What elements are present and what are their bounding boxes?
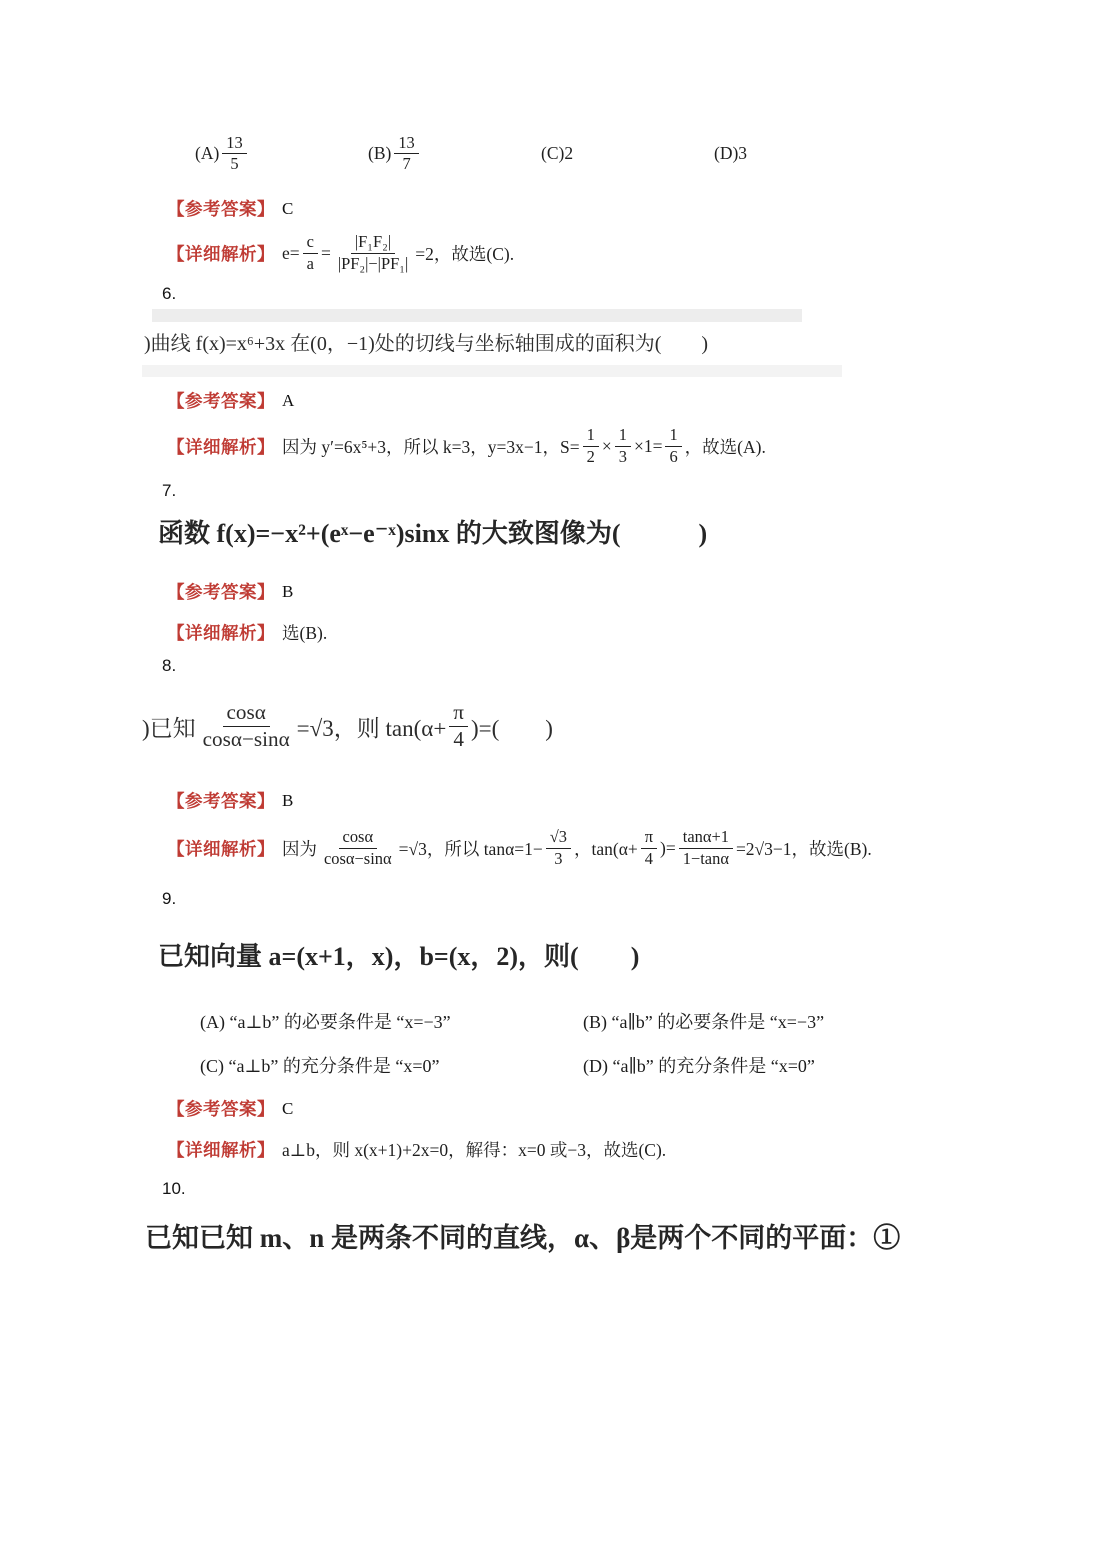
fraction-numerator: c [303,233,318,253]
q9-option-a: (A) “a⊥b” 的必要条件是 “x=−3” [200,1008,451,1034]
q6-answer-line: 【参考答案】 A [167,388,294,413]
q5-answer-label: 【参考答案】 [167,196,275,221]
q7-number: 7. [162,481,176,501]
q7-answer-value: B [282,582,293,602]
q6-answer-label: 【参考答案】 [167,388,275,413]
fraction: ca [303,233,318,273]
q7-analysis-label: 【详细解析】 [167,620,275,645]
q9-option-c: (C) “a⊥b” 的充分条件是 “x=0” [200,1052,440,1078]
q9-answer-value: C [282,1099,293,1119]
q8-answer-value: B [282,791,293,811]
formula-text: )=( ) [471,710,553,743]
q9-analysis-line: 【详细解析】 a⊥b，则 x(x+1)+2x=0，解得：x=0 或−3，故选(C… [167,1137,666,1162]
q9-answer-label: 【参考答案】 [167,1096,275,1121]
q5-option-b: (B)137 [368,134,541,174]
fraction: 13 [615,426,631,466]
fraction: 135 [222,134,246,174]
fraction-numerator: 1 [665,426,681,446]
q7-answer-line: 【参考答案】 B [167,579,293,604]
q9-number: 9. [162,889,176,909]
formula-text: 函数 f(x)=−x²+(eˣ−e⁻ˣ)sinx 的大致图像为( ) [158,513,707,550]
fraction: cosαcosα−sinα [199,701,294,751]
q8-analysis-label: 【详细解析】 [167,836,275,861]
q7-analysis-formula: 选(B). [282,620,327,645]
q7-answer-label: 【参考答案】 [167,579,275,604]
fraction: tanα+11−tanα [679,828,733,868]
q9-option-b: (B) “a∥b” 的必要条件是 “x=−3” [583,1008,824,1034]
q6-analysis-label: 【详细解析】 [167,434,275,459]
fraction-numerator: tanα+1 [679,828,733,848]
formula-text: (A) [195,143,219,164]
formula-text: )已知 [142,710,196,743]
formula-text: =√3，则 tan(α+ [297,710,447,743]
fraction-numerator: π [641,828,657,848]
formula-text: 已知已知 m、n 是两条不同的直线，α、β是两个不同的平面：① [145,1216,900,1255]
q10-number: 10. [162,1179,186,1199]
q6-question-strip: )曲线 f(x)=x⁶+3x 在(0，−1)处的切线与坐标轴围成的面积为( ) [142,303,862,383]
q5-answer-value: C [282,199,293,219]
fraction: 137 [394,134,418,174]
q5-option-d: (D)3 [714,134,887,174]
formula-text: e= [282,243,300,264]
formula-text: × [602,436,612,457]
q6-analysis-line: 【详细解析】 因为 y′=6x⁵+3，所以 k=3，y=3x−1，S=12×13… [167,417,766,475]
q10-question-text: 已知已知 m、n 是两条不同的直线，α、β是两个不同的平面：① [145,1216,900,1255]
fraction-denominator: 5 [226,154,242,173]
fraction-numerator: 13 [394,134,418,154]
formula-text: (C)2 [541,143,573,164]
q5-analysis-formula: e=ca=|F₁F₂||PF₂|−|PF₁|=2，故选(C). [282,233,514,273]
fraction-denominator: cosα−sinα [320,849,396,868]
formula-text: ×1= [634,436,663,457]
q6-analysis-formula: 因为 y′=6x⁵+3，所以 k=3，y=3x−1，S=12×13×1=16，故… [282,426,766,466]
scan-artifact [152,309,802,322]
formula-text: ，故选(A). [685,434,766,459]
formula-text: (D)3 [714,143,747,164]
fraction-numerator: cosα [223,701,270,727]
fraction-numerator: 1 [615,426,631,446]
q6-answer-value: A [282,391,294,411]
q6-question-text: )曲线 f(x)=x⁶+3x 在(0，−1)处的切线与坐标轴围成的面积为( ) [144,327,708,356]
fraction-numerator: 13 [222,134,246,154]
q8-number: 8. [162,656,176,676]
formula-text: = [321,243,331,264]
formula-text: 因为 [282,836,317,861]
fraction-denominator: 3 [550,849,566,868]
q9-answer-line: 【参考答案】 C [167,1096,293,1121]
fraction-numerator: 1 [583,426,599,446]
fraction-numerator: √3 [546,828,571,848]
formula-text: =2，故选(C). [415,241,514,266]
scan-artifact [142,365,842,377]
fraction-denominator: cosα−sinα [199,727,294,752]
fraction-numerator: π [449,701,468,727]
q7-analysis-line: 【详细解析】 选(B). [167,620,327,645]
fraction: cosαcosα−sinα [320,828,396,868]
q5-analysis-line: 【详细解析】 e=ca=|F₁F₂||PF₂|−|PF₁|=2，故选(C). [167,224,514,282]
q8-answer-line: 【参考答案】 B [167,788,293,813]
fraction: √33 [546,828,571,868]
q5-answer-line: 【参考答案】 C [167,196,293,221]
fraction-denominator: 3 [615,447,631,466]
fraction-denominator: 6 [665,447,681,466]
q9-question-text: 已知向量 a=(x+1，x)，b=(x，2)，则( ) [158,936,639,973]
fraction-denominator: 7 [398,154,414,173]
q8-analysis-line: 【详细解析】 因为cosαcosα−sinα=√3，所以 tanα=1−√33，… [167,816,872,880]
fraction-denominator: |PF₂|−|PF₁| [334,254,412,273]
q5-option-a: (A)135 [195,134,368,174]
fraction: 16 [665,426,681,466]
q8-question-text: )已知cosαcosα−sinα=√3，则 tan(α+π4)=( ) [142,678,553,774]
formula-text: 因为 y′=6x⁵+3，所以 k=3，y=3x−1，S= [282,434,580,459]
q9-option-d: (D) “a∥b” 的充分条件是 “x=0” [583,1052,815,1078]
fraction-denominator: 4 [449,727,468,752]
q8-answer-label: 【参考答案】 [167,788,275,813]
fraction: 12 [583,426,599,466]
fraction-denominator: a [303,254,318,273]
q5-options-row: (A)135 (B)137 (C)2 (D)3 [195,134,887,174]
formula-text: ，tan(α+ [574,836,638,861]
formula-text: (B) [368,143,391,164]
q9-analysis-formula: a⊥b，则 x(x+1)+2x=0，解得：x=0 或−3，故选(C). [282,1137,666,1162]
formula-text: )= [660,838,676,859]
fraction: π4 [641,828,657,868]
formula-text: a⊥b，则 x(x+1)+2x=0，解得：x=0 或−3，故选(C). [282,1137,666,1162]
fraction-denominator: 2 [583,447,599,466]
q5-analysis-label: 【详细解析】 [167,241,275,266]
formula-text: )曲线 f(x)=x⁶+3x 在(0，−1)处的切线与坐标轴围成的面积为( ) [144,327,708,356]
fraction: π4 [449,701,468,751]
q7-question-text: 函数 f(x)=−x²+(eˣ−e⁻ˣ)sinx 的大致图像为( ) [158,513,707,550]
q6-number: 6. [162,284,176,304]
formula-text: =√3，所以 tanα=1− [399,836,543,861]
q9-analysis-label: 【详细解析】 [167,1137,275,1162]
formula-text: 已知向量 a=(x+1，x)，b=(x，2)，则( ) [158,936,639,973]
fraction-denominator: 4 [641,849,657,868]
fraction-numerator: |F₁F₂| [351,233,395,253]
exam-answer-sheet-page: (A)135 (B)137 (C)2 (D)3 【参考答案】 C 【详细解析】 … [0,0,1102,1559]
fraction: |F₁F₂||PF₂|−|PF₁| [334,233,412,273]
fraction-denominator: 1−tanα [679,849,733,868]
formula-text: =2√3−1，故选(B). [736,836,872,861]
fraction-numerator: cosα [339,828,378,848]
q5-option-c: (C)2 [541,134,714,174]
q8-analysis-formula: 因为cosαcosα−sinα=√3，所以 tanα=1−√33，tan(α+π… [282,828,872,868]
formula-text: 选(B). [282,620,327,645]
